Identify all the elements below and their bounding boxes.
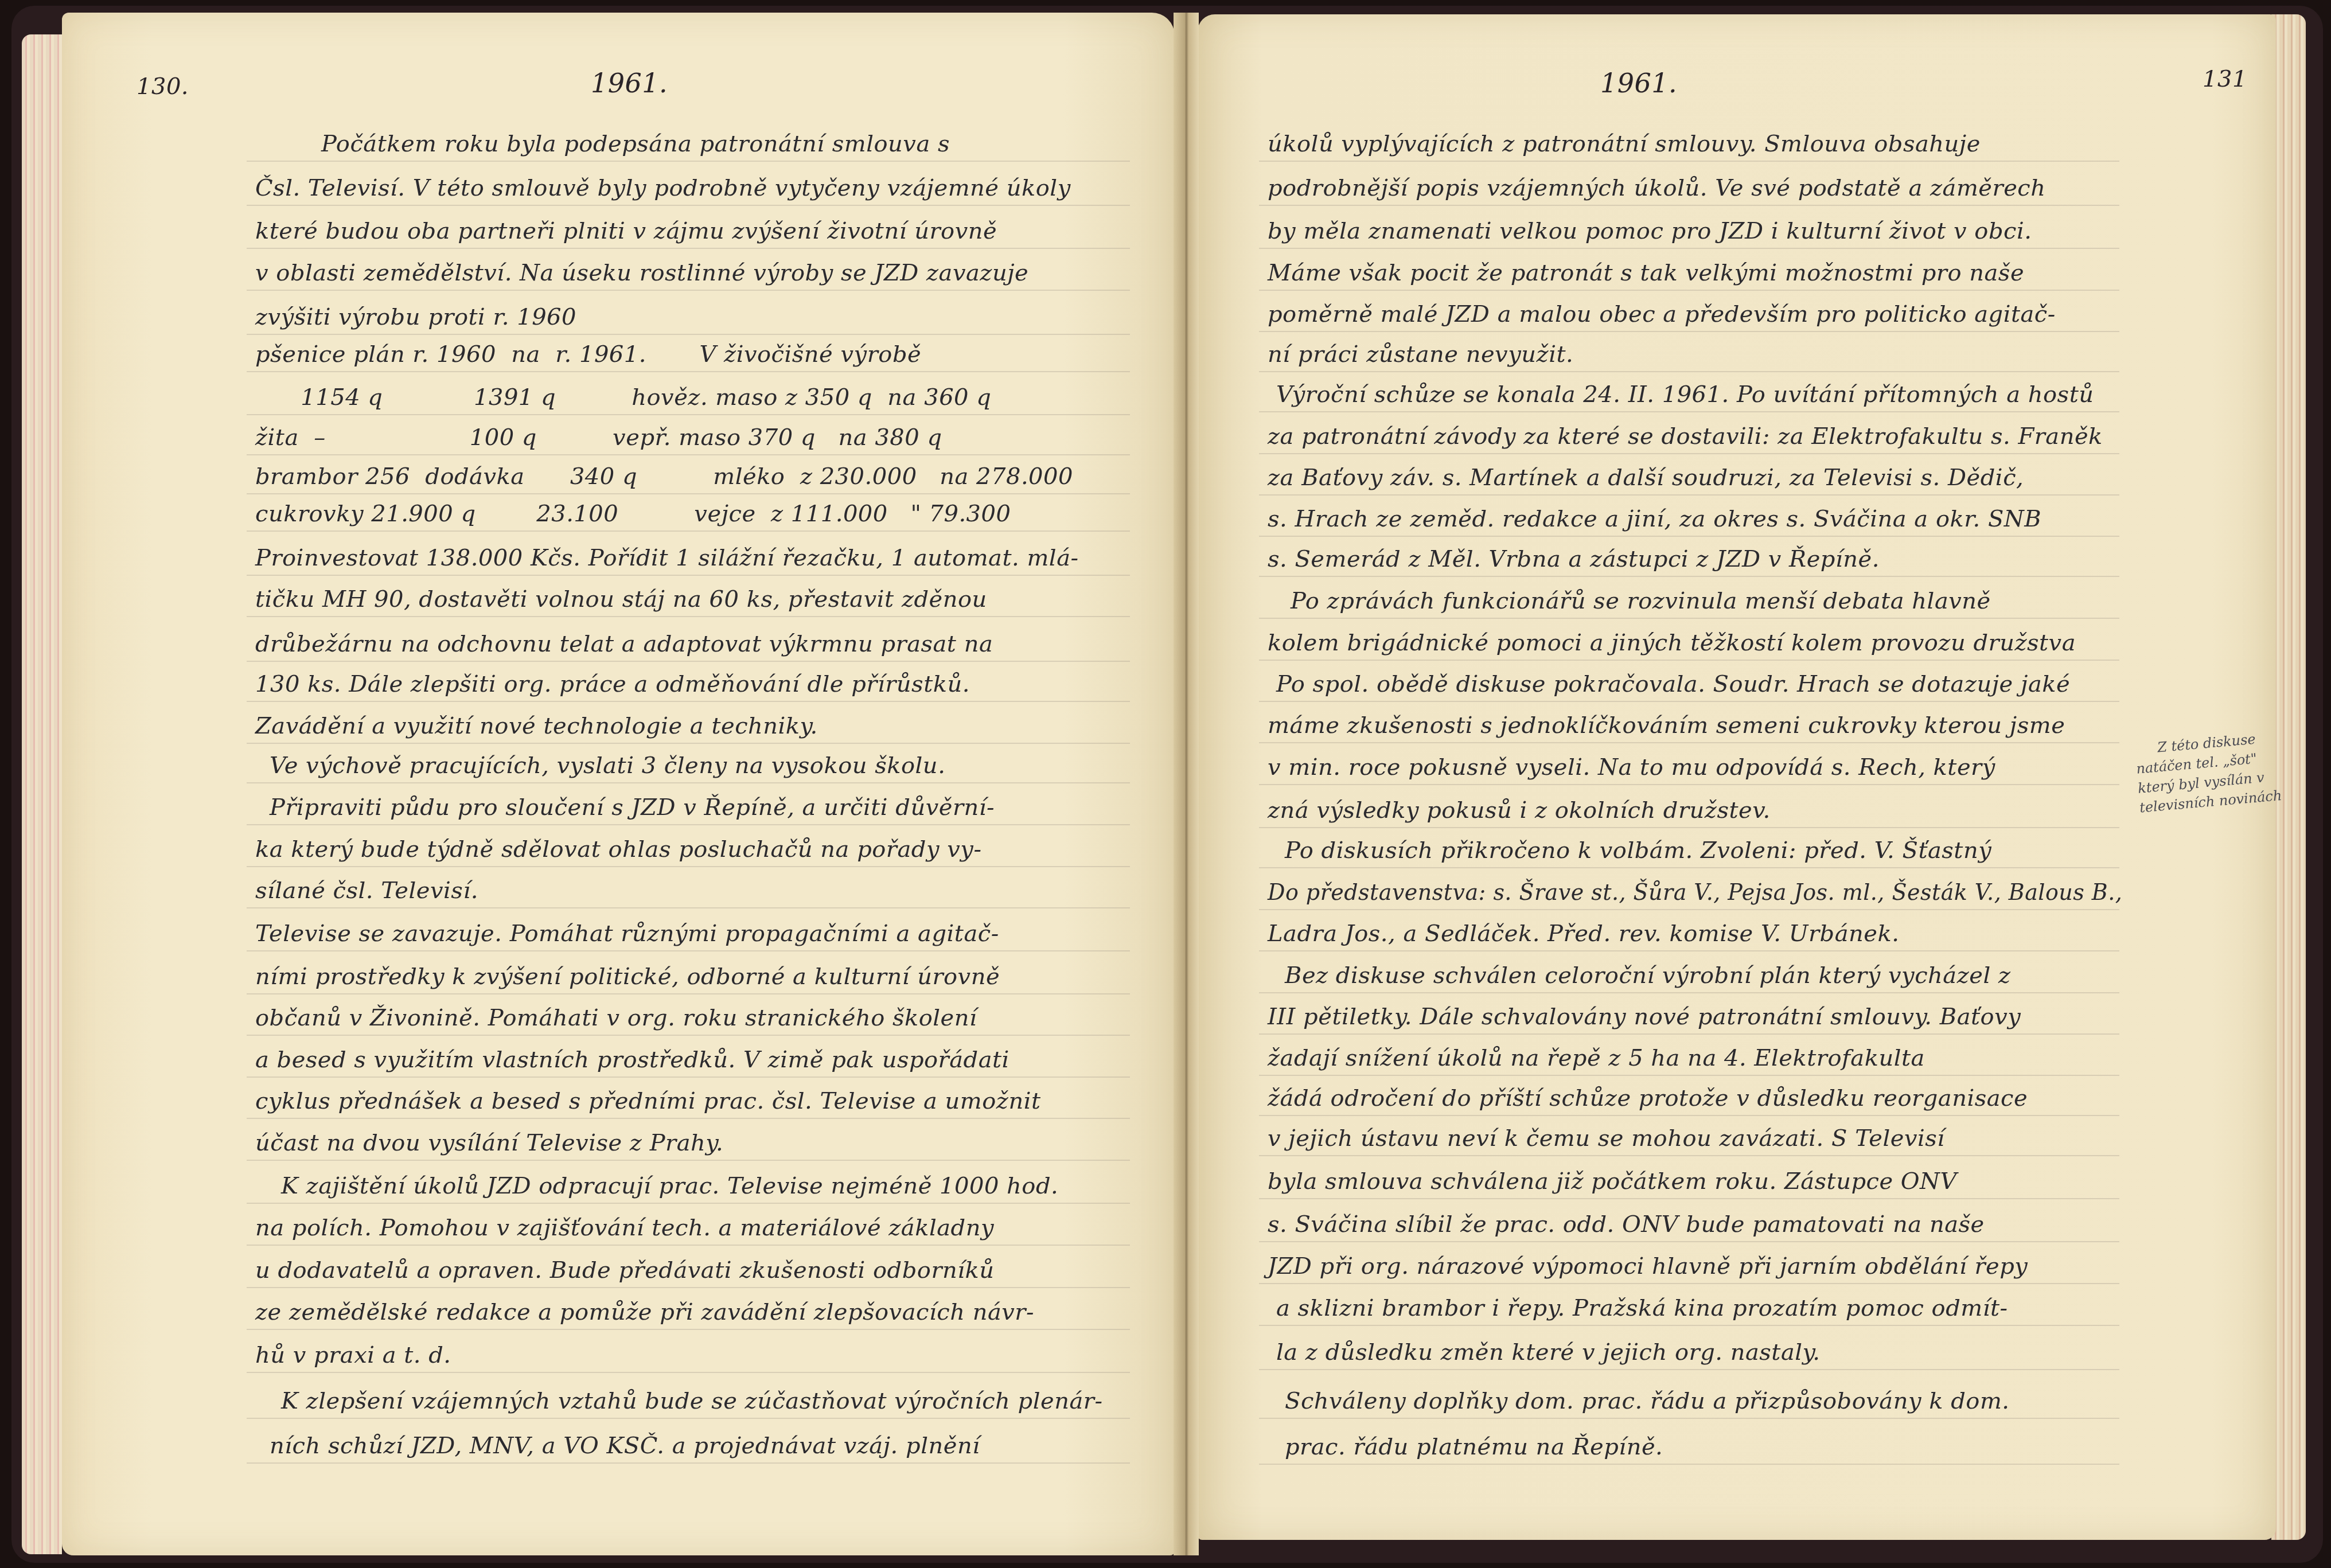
- ruled-line: [247, 866, 1130, 867]
- ruled-line: [247, 371, 1130, 372]
- ruled-line: [1259, 701, 2119, 702]
- ruled-line: [1259, 992, 2119, 993]
- text-line: ní práci zůstane nevyužit.: [1268, 341, 1573, 368]
- text-line: la z důsledku změn které v jejich org. n…: [1276, 1339, 1821, 1366]
- text-line: brambor 256 dodávka 340 q mléko z 230.00…: [255, 463, 1073, 490]
- ruled-line: [1259, 742, 2119, 743]
- text-line: s. Sváčina slíbil že prac. odd. ONV bude…: [1268, 1211, 1985, 1238]
- ruled-line: [247, 1329, 1130, 1330]
- ruled-line: [1259, 1418, 2119, 1419]
- ruled-line: [1259, 784, 2119, 785]
- ruled-line: [247, 1203, 1130, 1204]
- text-line: K zlepšení vzájemných vztahů bude se zúč…: [281, 1388, 1102, 1414]
- text-line: cyklus přednášek a besed s předními prac…: [255, 1088, 1041, 1114]
- ruled-line: [1259, 1369, 2119, 1370]
- ruled-line: [247, 1118, 1130, 1119]
- text-line: by měla znamenati velkou pomoc pro JZD i…: [1268, 218, 2032, 244]
- text-line: Po spol. obědě diskuse pokračovala. Soud…: [1276, 671, 2070, 697]
- text-line: u dodavatelů a opraven. Bude předávati z…: [255, 1257, 995, 1284]
- ruled-line: [1259, 1283, 2119, 1284]
- text-line: Po zprávách funkcionářů se rozvinula men…: [1291, 588, 1991, 614]
- right-page-number: 131: [2203, 66, 2247, 92]
- right-year-header: 1961.: [1600, 68, 1677, 99]
- text-line: na polích. Pomohou v zajišťování tech. a…: [255, 1215, 994, 1241]
- left-page-number: 130.: [137, 73, 189, 100]
- text-line: Ladra Jos., a Sedláček. Před. rev. komis…: [1268, 920, 1899, 947]
- ruled-line: [247, 531, 1130, 532]
- ruled-line: [247, 1035, 1130, 1036]
- text-line: sílané čsl. Televisí.: [255, 877, 478, 904]
- text-line: Ve výchově pracujících, vyslati 3 členy …: [270, 752, 945, 779]
- text-line: K zajištění úkolů JZD odpracují prac. Te…: [281, 1173, 1058, 1199]
- ruled-line: [247, 248, 1130, 249]
- ruled-line: [1259, 290, 2119, 291]
- ruled-line: [247, 1462, 1130, 1464]
- text-line: tičku MH 90, dostavěti volnou stáj na 60…: [255, 586, 987, 613]
- text-line: prac. řádu platnému na Řepíně.: [1285, 1434, 1663, 1460]
- text-line: Máme však pocit že patronát s tak velkým…: [1268, 260, 2024, 286]
- ruled-line: [247, 743, 1130, 744]
- ruled-line: [247, 1245, 1130, 1246]
- margin-note: Z této diskuse natáčen tel. „šot" který …: [2134, 727, 2283, 817]
- ruled-line: [247, 824, 1130, 825]
- ruled-line: [1259, 536, 2119, 537]
- ruled-line: [247, 414, 1130, 415]
- ruled-line: [247, 493, 1130, 494]
- ruled-line: [247, 782, 1130, 783]
- ruled-line: [1259, 161, 2119, 162]
- text-line: podrobnější popis vzájemných úkolů. Ve s…: [1268, 175, 2046, 201]
- text-line: Počátkem roku byla podepsána patronátní …: [321, 131, 950, 157]
- ruled-line: [247, 907, 1130, 908]
- ruled-line: [1259, 660, 2119, 661]
- text-line: úkolů vyplývajících z patronátní smlouvy…: [1268, 131, 1981, 157]
- left-page-stack: [22, 34, 62, 1554]
- text-line: kolem brigádnické pomoci a jiných těžkos…: [1268, 630, 2076, 656]
- ruled-line: [1259, 371, 2119, 372]
- ruled-line: [1259, 1033, 2119, 1035]
- ruled-line: [1259, 1198, 2119, 1199]
- text-line: III pětiletky. Dále schvalovány nové pat…: [1268, 1004, 2021, 1030]
- text-line: účast na dvou vysílání Televise z Prahy.: [255, 1130, 723, 1156]
- text-line: s. Hrach ze zeměd. redakce a jiní, za ok…: [1268, 506, 2041, 532]
- ruled-line: [1259, 576, 2119, 577]
- text-line: Připraviti půdu pro sloučení s JZD v Řep…: [270, 794, 995, 821]
- ruled-line: [1259, 1241, 2119, 1242]
- text-line: s. Semerád z Měl. Vrbna a zástupci z JZD…: [1268, 546, 1880, 572]
- ruled-line: [247, 661, 1130, 662]
- ruled-line: [1259, 827, 2119, 828]
- ruled-line: [247, 334, 1130, 335]
- ruled-line: [247, 993, 1130, 994]
- text-line: ka který bude týdně sdělovat ohlas poslu…: [255, 836, 981, 863]
- ruled-line: [1259, 411, 2119, 412]
- text-line: ních schůzí JZD, MNV, a VO KSČ. a projed…: [270, 1433, 980, 1459]
- ruled-line: [247, 1160, 1130, 1161]
- text-line: žadají snížení úkolů na řepě z 5 ha na 4…: [1268, 1045, 1925, 1071]
- ruled-line: [1259, 494, 2119, 496]
- ruled-line: [247, 454, 1130, 455]
- ruled-line: [247, 1418, 1130, 1419]
- text-line: ními prostředky k zvýšení politické, odb…: [255, 964, 1000, 990]
- text-line: Do představenstva: s. Šrave st., Šůra V.…: [1268, 879, 2122, 906]
- ruled-line: [247, 616, 1130, 617]
- text-line: poměrně malé JZD a malou obec a předevší…: [1268, 301, 2056, 327]
- text-line: byla smlouva schválena již počátkem roku…: [1268, 1168, 1957, 1195]
- text-line: Televise se zavazuje. Pomáhat různými pr…: [255, 920, 999, 947]
- text-line: žádá odročení do příští schůze protože v…: [1268, 1085, 2028, 1111]
- ruled-line: [1259, 331, 2119, 332]
- ruled-line: [1259, 205, 2119, 206]
- ruled-line: [247, 1287, 1130, 1288]
- ruled-line: [1259, 248, 2119, 249]
- text-line: hů v praxi a t. d.: [255, 1342, 451, 1368]
- ruled-line: [1259, 1325, 2119, 1326]
- text-line: Čsl. Televisí. V této smlouvě byly podro…: [255, 175, 1071, 201]
- text-line: v min. roce pokusně vyseli. Na to mu odp…: [1268, 754, 1995, 781]
- ruled-line: [1259, 1115, 2119, 1116]
- text-line: drůbežárnu na odchovnu telat a adaptovat…: [255, 631, 993, 657]
- text-line: Zavádění a využití nové technologie a te…: [255, 713, 818, 739]
- text-line: žita – 100 q vepř. maso 370 q na 380 q: [255, 424, 942, 451]
- text-line: které budou oba partneři plniti v zájmu …: [255, 218, 997, 244]
- text-line: Po diskusích přikročeno k volbám. Zvolen…: [1285, 837, 1991, 864]
- text-line: zvýšiti výrobu proti r. 1960: [255, 304, 576, 330]
- text-line: a sklizni brambor i řepy. Pražská kina p…: [1276, 1295, 2008, 1321]
- text-line: za Baťovy záv. s. Martínek a další soudr…: [1268, 465, 2024, 491]
- text-line: v oblasti zemědělství. Na úseku rostlinn…: [255, 260, 1028, 286]
- text-line: v jejich ústavu neví k čemu se mohou zav…: [1268, 1125, 1945, 1152]
- ruled-line: [1259, 618, 2119, 619]
- text-line: a besed s využitím vlastních prostředků.…: [255, 1047, 1009, 1073]
- text-line: občanů v Živonině. Pomáhati v org. roku …: [255, 1005, 977, 1031]
- text-line: JZD při org. nárazové výpomoci hlavně př…: [1268, 1253, 2028, 1280]
- text-line: 1154 q 1391 q hověz. maso z 350 q na 360…: [255, 384, 991, 411]
- text-line: zná výsledky pokusů i z okolních družste…: [1268, 797, 1771, 824]
- ruled-line: [1259, 1464, 2119, 1465]
- ruled-line: [247, 205, 1130, 206]
- text-line: Bez diskuse schválen celoroční výrobní p…: [1285, 962, 2011, 989]
- text-line: Schváleny doplňky dom. prac. řádu a přiz…: [1285, 1388, 2010, 1414]
- ruled-line: [247, 1372, 1130, 1373]
- ruled-line: [1259, 909, 2119, 910]
- book-gutter: [1174, 13, 1199, 1555]
- text-line: pšenice plán r. 1960 na r. 1961. V živoč…: [255, 341, 921, 368]
- ruled-line: [1259, 1155, 2119, 1156]
- ruled-line: [247, 701, 1130, 702]
- ruled-line: [247, 575, 1130, 576]
- ruled-line: [247, 1076, 1130, 1078]
- text-line: máme zkušenosti s jednoklíčkováním semen…: [1268, 712, 2065, 739]
- ruled-line: [247, 950, 1130, 951]
- ruled-line: [247, 161, 1130, 162]
- text-line: Výroční schůze se konala 24. II. 1961. P…: [1276, 381, 2094, 408]
- ruled-line: [1259, 867, 2119, 868]
- left-year-header: 1961.: [591, 68, 668, 99]
- ruled-line: [1259, 950, 2119, 951]
- ruled-line: [247, 290, 1130, 291]
- text-line: 130 ks. Dále zlepšiti org. práce a odměň…: [255, 671, 970, 697]
- text-line: Proinvestovat 138.000 Kčs. Pořídit 1 sil…: [255, 545, 1079, 571]
- text-line: za patronátní závody za které se dostavi…: [1268, 423, 2103, 450]
- ruled-line: [1259, 453, 2119, 454]
- text-line: cukrovky 21.900 q 23.100 vejce z 111.000…: [255, 501, 1011, 527]
- text-line: ze zemědělské redakce a pomůže při zavád…: [255, 1299, 1034, 1325]
- ruled-line: [1259, 1075, 2119, 1076]
